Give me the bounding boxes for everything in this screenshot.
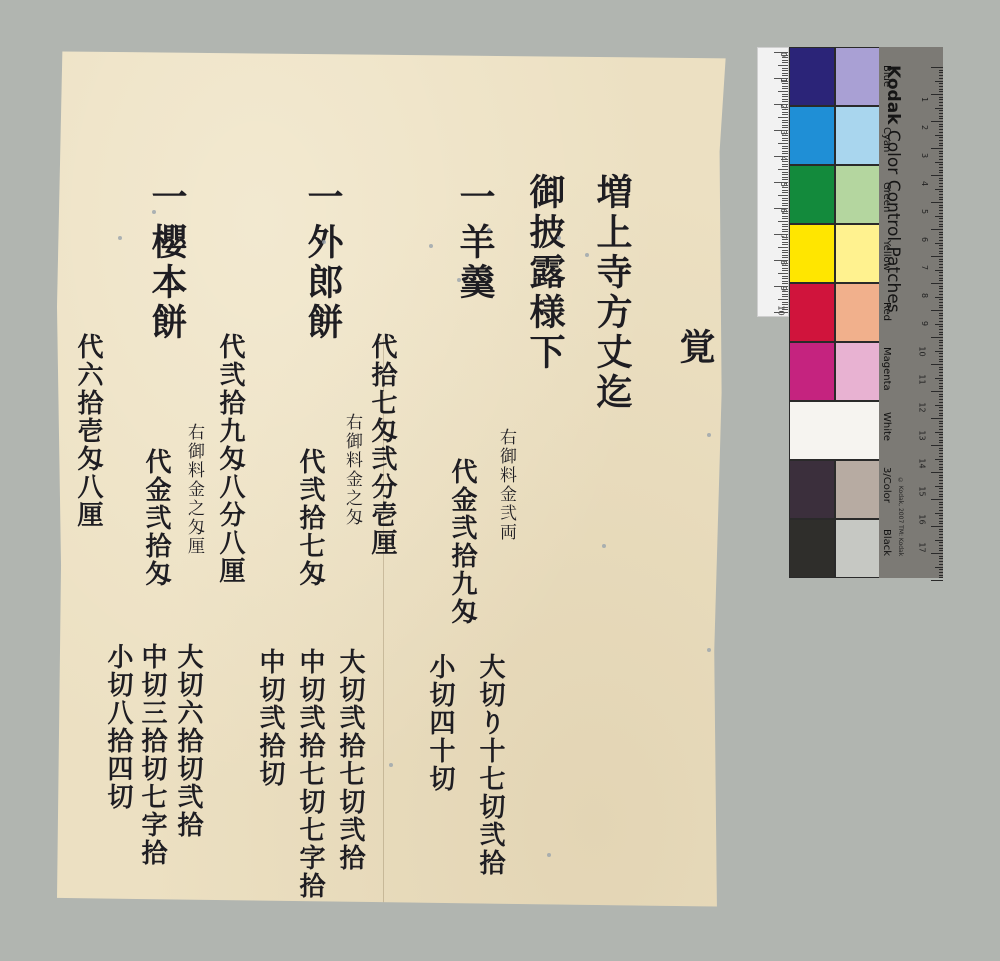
ruler-label: 13 [917, 430, 926, 440]
ruler-label: 6 [920, 237, 929, 242]
ruler-tick [939, 383, 943, 384]
ruler-tick [939, 245, 943, 246]
ruler-tick [939, 172, 943, 173]
item-1-detail-2: 小切四十切 [427, 653, 453, 793]
ruler-tick [782, 270, 788, 271]
ruler-tick [931, 337, 943, 338]
ruler-label: 17 [917, 542, 926, 552]
ruler-label: 5 [920, 209, 929, 214]
ruler-tick [939, 299, 943, 300]
ruler-tick [939, 140, 943, 141]
ruler-tick [939, 253, 943, 254]
ruler-tick [931, 121, 943, 122]
ruler-tick [782, 81, 788, 82]
ruler-tick [935, 513, 943, 514]
ruler-tick [935, 432, 943, 433]
ruler-tick [939, 491, 943, 492]
paper-speck [322, 240, 326, 244]
copyright-note: © Kodak, 2007 TM: Kodak [897, 477, 904, 556]
ruler-tick [935, 108, 943, 109]
ruler-tick [939, 159, 943, 160]
ruler-label: 7 [920, 265, 929, 270]
item-3-detail-2: 中切三拾切七字拾 [139, 643, 165, 867]
ruler-tick [935, 351, 943, 352]
ruler-tick [939, 561, 943, 562]
patch-cyan-dark [789, 106, 835, 165]
ruler-tick [782, 153, 788, 154]
label-black: Black [881, 529, 892, 556]
ruler-tick [939, 70, 943, 71]
ruler-tick [939, 156, 943, 157]
ruler-label: 14 [917, 458, 926, 468]
ruler-tick [931, 580, 943, 581]
ruler-tick [935, 405, 943, 406]
ruler-tick [939, 442, 943, 443]
ruler-tick [939, 575, 943, 576]
item-3-price: 代金弐拾匁 [143, 448, 169, 588]
ruler-tick [939, 348, 943, 349]
document-sheet: 覚 増上寺方丈迄 御披露様下 一 羊羹 右御料金弐両 代金弐拾九匁 大切り十七切… [57, 48, 729, 910]
ruler-tick [935, 243, 943, 244]
color-patches [789, 47, 881, 578]
item-2-price: 代弐拾七匁 [297, 448, 323, 588]
grey-label-strip: Kodak Color Control Patches Blue Cyan Gr… [879, 47, 943, 578]
ruler-tick [939, 199, 943, 200]
ruler-tick [782, 283, 788, 284]
ruler-tick [931, 391, 943, 392]
ruler-tick [939, 224, 943, 225]
item-2-detail-3: 中切弐拾切 [257, 648, 283, 788]
ruler-label: 2 [920, 125, 929, 130]
ruler-tick [782, 268, 788, 269]
ruler-tick [782, 57, 788, 58]
ruler-tick [939, 251, 943, 252]
ruler-tick [939, 456, 943, 457]
ruler-tick [939, 151, 943, 152]
ruler-tick [782, 265, 788, 266]
ruler-tick [782, 304, 788, 305]
ruler-tick [939, 402, 943, 403]
ruler-tick [939, 91, 943, 92]
ruler-tick [939, 110, 943, 111]
ruler-label: 4 [920, 181, 929, 186]
addressee-line-1: 増上寺方丈迄 [594, 173, 630, 413]
ruler-tick [782, 226, 788, 227]
ruler-tick [931, 526, 943, 527]
ruler-tick [939, 448, 943, 449]
ruler-tick [935, 162, 943, 163]
patch-black-light [835, 519, 881, 578]
item-1-price: 代金弐拾九匁 [449, 458, 475, 626]
ruler-tick [939, 99, 943, 100]
ruler-tick [939, 367, 943, 368]
ruler-tick [935, 270, 943, 271]
ruler-tick [939, 437, 943, 438]
item-1-detail-1: 大切り十七切弐拾 [477, 653, 503, 877]
ruler-tick [939, 180, 943, 181]
ruler-tick [939, 556, 943, 557]
ruler-tick [782, 211, 788, 212]
ruler-tick [782, 146, 788, 147]
ruler-tick [782, 307, 788, 308]
item-2-detail-2: 中切弐拾七切七字拾 [297, 648, 323, 900]
ruler-tick [939, 291, 943, 292]
label-blue: Blue [881, 65, 892, 87]
ruler-tick [939, 259, 943, 260]
ruler-tick [782, 164, 788, 165]
ruler-tick [782, 216, 788, 217]
ruler-tick [939, 550, 943, 551]
ruler-tick [939, 434, 943, 435]
ruler-tick [782, 107, 788, 108]
ruler-tick [935, 567, 943, 568]
label-red: Red [881, 302, 892, 321]
document-title: 覚 [677, 328, 713, 368]
ruler-tick [939, 207, 943, 208]
ruler-tick [939, 577, 943, 578]
ruler-tick [931, 256, 943, 257]
ruler-tick [939, 280, 943, 281]
patch-yellow-light [835, 224, 881, 283]
ruler-tick [931, 418, 943, 419]
item-1-name: 羊羹 [457, 223, 493, 303]
ruler-tick [939, 423, 943, 424]
ruler-tick [782, 166, 788, 167]
ruler-tick [939, 75, 943, 76]
ruler-tick [939, 518, 943, 519]
ruler-tick [939, 186, 943, 187]
ruler-tick [939, 440, 943, 441]
ruler-tick [939, 86, 943, 87]
ruler-tick [782, 55, 788, 56]
ruler-tick [939, 232, 943, 233]
ruler-tick [778, 65, 788, 66]
ruler-tick [939, 97, 943, 98]
ruler-tick [939, 102, 943, 103]
ruler-tick [939, 213, 943, 214]
ruler-label: 15 [917, 486, 926, 496]
ruler-tick [939, 129, 943, 130]
paper-speck [457, 278, 461, 282]
ruler-tick [782, 278, 788, 279]
ruler-tick [782, 135, 788, 136]
ruler-tick [939, 164, 943, 165]
ruler-tick [939, 302, 943, 303]
ruler-tick [782, 250, 788, 251]
ruler-tick [782, 263, 788, 264]
ruler-tick [939, 453, 943, 454]
ruler-tick [782, 151, 788, 152]
ruler-tick [939, 388, 943, 389]
patch-blue-dark [789, 47, 835, 106]
ruler-tick [778, 273, 788, 274]
ruler-tick [774, 182, 788, 183]
ruler-tick [782, 138, 788, 139]
ruler-tick [939, 477, 943, 478]
ruler-label: 8 [920, 293, 929, 298]
ruler-tick [939, 332, 943, 333]
ruler-tick [935, 297, 943, 298]
ruler-tick [782, 179, 788, 180]
ruler-tick [778, 299, 788, 300]
ruler-tick [939, 375, 943, 376]
ruler-tick [782, 73, 788, 74]
patch-3color-light [835, 460, 881, 519]
paper-speck [429, 244, 433, 248]
item-2-price-header: 代拾七匁弐分壱厘 [369, 333, 395, 557]
ruler-tick [939, 410, 943, 411]
ruler-tick [935, 135, 943, 136]
ruler-tick [939, 153, 943, 154]
ruler-tick [935, 459, 943, 460]
ruler-tick [774, 208, 788, 209]
ruler-tick [939, 502, 943, 503]
ruler-tick [782, 294, 788, 295]
ruler-tick [939, 197, 943, 198]
ruler-tick [939, 72, 943, 73]
closing-total: 代六拾壱匁八厘 [75, 333, 101, 529]
ruler-label: 11 [917, 374, 926, 384]
ruler-label: 16 [917, 514, 926, 524]
label-white: White [881, 412, 892, 441]
ruler-tick [939, 340, 943, 341]
ruler-tick [939, 545, 943, 546]
ruler-tick [939, 483, 943, 484]
ruler-tick [782, 192, 788, 193]
ruler-tick [939, 132, 943, 133]
ruler-tick [782, 177, 788, 178]
ruler-tick [939, 334, 943, 335]
ruler-tick [782, 281, 788, 282]
ruler-tick [782, 101, 788, 102]
ruler-tick [931, 229, 943, 230]
ruler-tick [939, 369, 943, 370]
patch-3color-dark [789, 460, 835, 519]
patch-green-light [835, 165, 881, 224]
ruler-tick [782, 122, 788, 123]
patch-black-dark [789, 519, 835, 578]
patch-blue-light [835, 47, 881, 106]
item-3-price-header: 代弐拾九匁八分八厘 [217, 333, 243, 585]
ruler-tick [782, 83, 788, 84]
ruler-tick [782, 140, 788, 141]
ruler-tick [782, 198, 788, 199]
ruler-tick [939, 137, 943, 138]
ruler-tick [782, 70, 788, 71]
ruler-tick [782, 289, 788, 290]
ruler-tick [939, 521, 943, 522]
ruler-tick [782, 88, 788, 89]
ruler-tick [782, 112, 788, 113]
ruler-tick [782, 218, 788, 219]
ruler-tick [931, 445, 943, 446]
ruler-tick [939, 504, 943, 505]
ruler-tick [931, 202, 943, 203]
ruler-tick [931, 175, 943, 176]
paper-speck [602, 544, 606, 548]
item-3-price-note: 右御料金之匁厘 [185, 423, 202, 556]
ruler-tick [774, 234, 788, 235]
ruler-tick [782, 187, 788, 188]
ruler-tick [935, 216, 943, 217]
ruler-tick [939, 413, 943, 414]
ruler-tick [939, 469, 943, 470]
ruler-tick [774, 104, 788, 105]
ruler-tick [939, 548, 943, 549]
paper-speck [152, 210, 156, 214]
ruler-tick [782, 185, 788, 186]
ruler-tick [939, 288, 943, 289]
paper-speck [547, 853, 551, 857]
ruler-tick [939, 480, 943, 481]
ruler-tick [939, 143, 943, 144]
ruler-tick [782, 114, 788, 115]
ruler-tick [782, 133, 788, 134]
ruler-tick [939, 78, 943, 79]
ruler-tick [782, 252, 788, 253]
ruler-tick [782, 94, 788, 95]
ruler-tick [782, 229, 788, 230]
item-1-price-note: 右御料金弐両 [497, 428, 514, 542]
ruler-tick [939, 475, 943, 476]
ruler-tick [939, 496, 943, 497]
ruler-tick [782, 237, 788, 238]
ruler-tick [939, 372, 943, 373]
ruler-tick [778, 143, 788, 144]
ruler-tick [939, 318, 943, 319]
item-2-detail-1: 大切弐拾七切弐拾 [337, 648, 363, 872]
ruler-tick [939, 113, 943, 114]
ruler-tick [935, 189, 943, 190]
ruler-tick [782, 239, 788, 240]
ruler-tick [782, 291, 788, 292]
ruler-tick [939, 315, 943, 316]
ruler-tick [935, 324, 943, 325]
ruler-tick [782, 161, 788, 162]
ruler-tick [939, 569, 943, 570]
ruler-tick [935, 486, 943, 487]
ruler-tick [782, 205, 788, 206]
ruler-tick [939, 450, 943, 451]
ruler-tick [939, 218, 943, 219]
ruler-tick [782, 172, 788, 173]
item-3-detail-3: 小切八拾四切 [105, 643, 131, 811]
patch-red-dark [789, 283, 835, 342]
item-2-price-note: 右御料金之匁 [343, 413, 360, 527]
patch-green-dark [789, 165, 835, 224]
ruler-tick [931, 499, 943, 500]
ruler-tick [939, 345, 943, 346]
ruler-tick [939, 145, 943, 146]
ruler-tick [939, 421, 943, 422]
ruler-tick [782, 255, 788, 256]
paper-speck [707, 648, 711, 652]
item-3-name: 櫻本餅 [149, 223, 185, 343]
ruler-tick [935, 81, 943, 82]
ruler-label: 1 [920, 97, 929, 102]
ruler-label: 9 [920, 321, 929, 326]
ruler-tick [931, 148, 943, 149]
ruler-tick [782, 213, 788, 214]
ruler-tick [939, 237, 943, 238]
ruler-tick [939, 307, 943, 308]
ruler-tick [939, 572, 943, 573]
ruler-tick [939, 226, 943, 227]
ruler-tick [939, 426, 943, 427]
ruler-tick [939, 564, 943, 565]
label-green: Green [881, 182, 892, 212]
ruler-tick [939, 278, 943, 279]
ruler-tick [939, 313, 943, 314]
ruler-tick [782, 120, 788, 121]
label-cyan: Cyan [881, 127, 892, 152]
ruler-tick [939, 537, 943, 538]
ruler-tick [939, 210, 943, 211]
ruler-tick [939, 515, 943, 516]
patch-white [789, 401, 881, 460]
patch-red-light [835, 283, 881, 342]
ruler-tick [931, 67, 943, 68]
ruler-tick [939, 359, 943, 360]
ruler-tick [774, 156, 788, 157]
ruler-tick [939, 205, 943, 206]
ruler-tick [782, 231, 788, 232]
ruler-tick [778, 117, 788, 118]
ruler-tick [939, 534, 943, 535]
patch-magenta-dark [789, 342, 835, 401]
ruler-tick [939, 124, 943, 125]
ruler-tick [774, 78, 788, 79]
ruler-tick [939, 105, 943, 106]
ruler-tick [782, 68, 788, 69]
ruler-tick [778, 169, 788, 170]
ruler-tick [782, 109, 788, 110]
ruler-tick [939, 356, 943, 357]
ruler-tick [939, 321, 943, 322]
ruler-tick [939, 126, 943, 127]
paper-speck [585, 253, 589, 257]
target-title: Color Control Patches [883, 130, 903, 313]
paper-speck [487, 228, 491, 232]
ruler-tick [939, 494, 943, 495]
ruler-tick [782, 309, 788, 310]
ruler-tick [939, 531, 943, 532]
ruler-tick [939, 272, 943, 273]
ruler-tick [782, 174, 788, 175]
item-1-marker: 一 [457, 178, 493, 218]
ruler-tick [782, 200, 788, 201]
ruler-tick [939, 118, 943, 119]
ruler-tick [939, 407, 943, 408]
ruler-tick [939, 261, 943, 262]
ruler-tick [939, 542, 943, 543]
ruler-tick [939, 510, 943, 511]
paper-speck [389, 763, 393, 767]
ruler-tick [778, 91, 788, 92]
ruler-tick [939, 380, 943, 381]
ruler-tick [939, 429, 943, 430]
ruler-tick [939, 294, 943, 295]
ruler-tick [935, 540, 943, 541]
ruler-tick [931, 310, 943, 311]
ruler-tick [782, 86, 788, 87]
ruler-tick [939, 116, 943, 117]
ruler-tick [939, 326, 943, 327]
ruler-tick [939, 464, 943, 465]
ruler-tick [939, 167, 943, 168]
ruler-tick [782, 148, 788, 149]
label-3color: 3/Color [881, 467, 892, 503]
